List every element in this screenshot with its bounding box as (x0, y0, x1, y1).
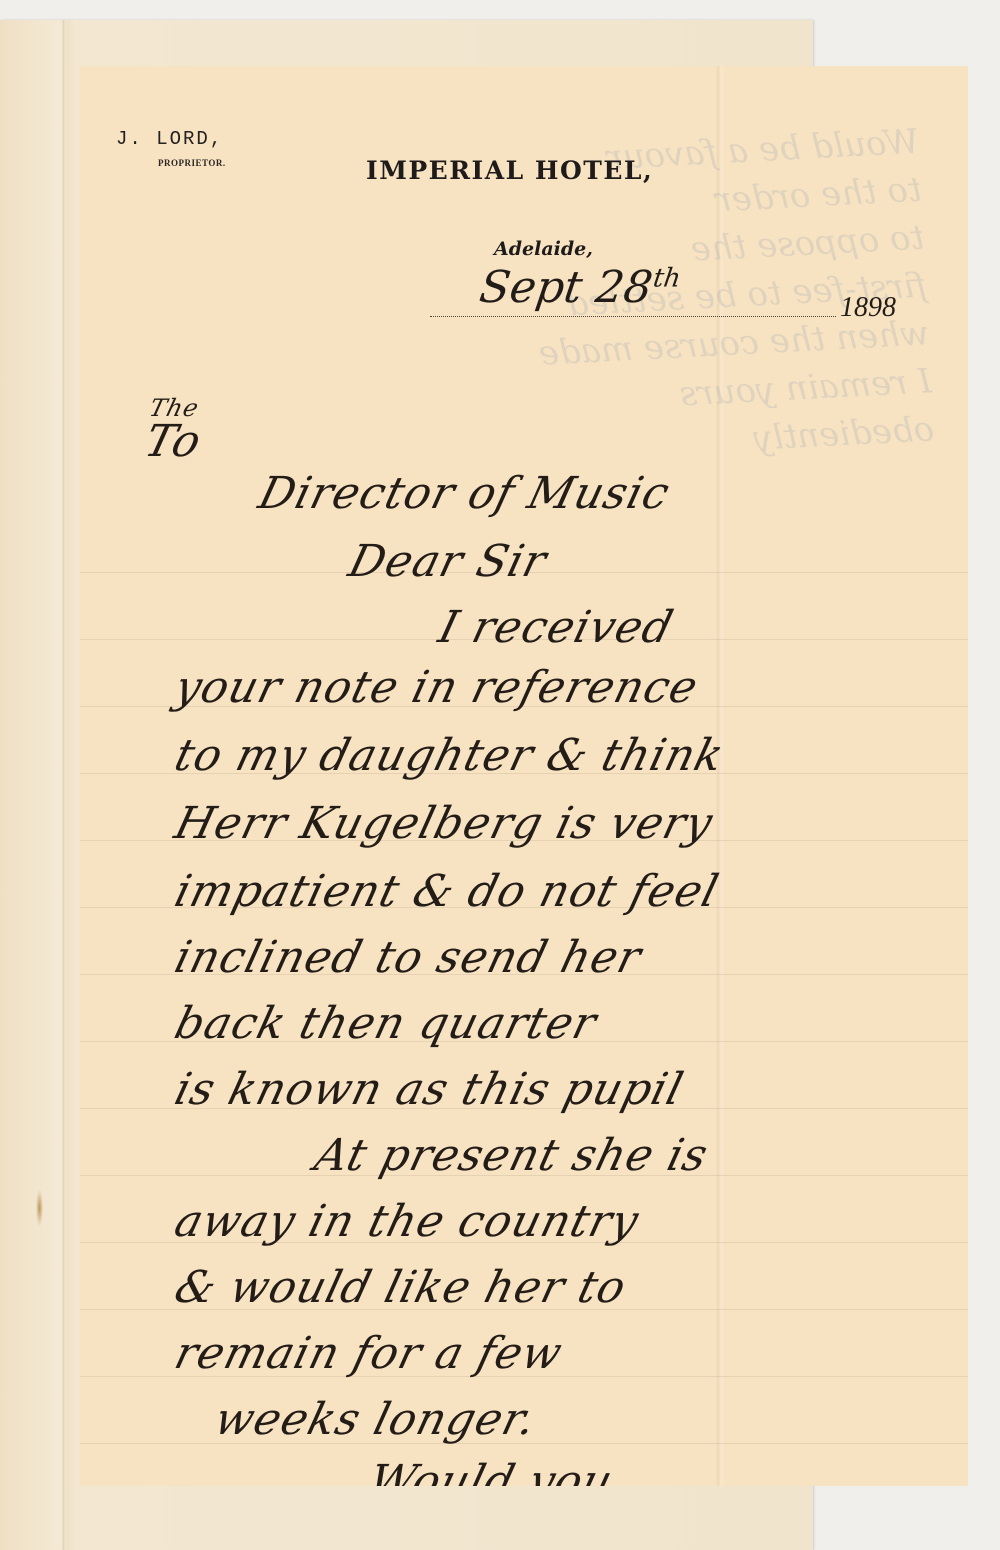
body-line: & would like her to (170, 1262, 632, 1313)
date-year: 1898 (840, 292, 896, 324)
body-line: inclined to send her (170, 932, 647, 983)
date-day-suffix: th (651, 263, 682, 293)
body-line: I received (434, 602, 679, 653)
body-line: your note in reference (170, 662, 704, 713)
date-dotted-line (430, 316, 836, 317)
salutation: Dear Sir (344, 536, 553, 587)
body-line: is known as this pupil (170, 1064, 689, 1115)
date-month: Sept (476, 262, 585, 313)
addressee-prefix: To (140, 416, 207, 467)
rust-stain (36, 1190, 43, 1226)
body-line: remain for a few (170, 1328, 568, 1379)
city-name: Adelaide, (494, 238, 593, 260)
date-handwritten: Sept 28th (476, 262, 682, 313)
body-line: weeks longer. (210, 1394, 542, 1445)
body-line: Herr Kugelberg is very (170, 798, 719, 849)
hotel-name: IMPERIAL HOTEL, (366, 156, 653, 185)
proprietor-name: J. LORD, (116, 128, 223, 150)
body-line: back then quarter (170, 998, 602, 1049)
date-day: 28 (592, 262, 655, 313)
body-line: At present she is (310, 1130, 714, 1181)
letter-page: Would be a favour to the order to oppose… (80, 66, 968, 1486)
body-line: impatient & do not feel (170, 866, 724, 917)
fold-gutter (62, 20, 65, 1550)
addressee-title: Director of Music (254, 468, 675, 519)
body-line: to my daughter & think (170, 730, 730, 781)
body-line: away in the country (170, 1196, 645, 1247)
proprietor-title: PROPRIETOR. (158, 158, 226, 168)
